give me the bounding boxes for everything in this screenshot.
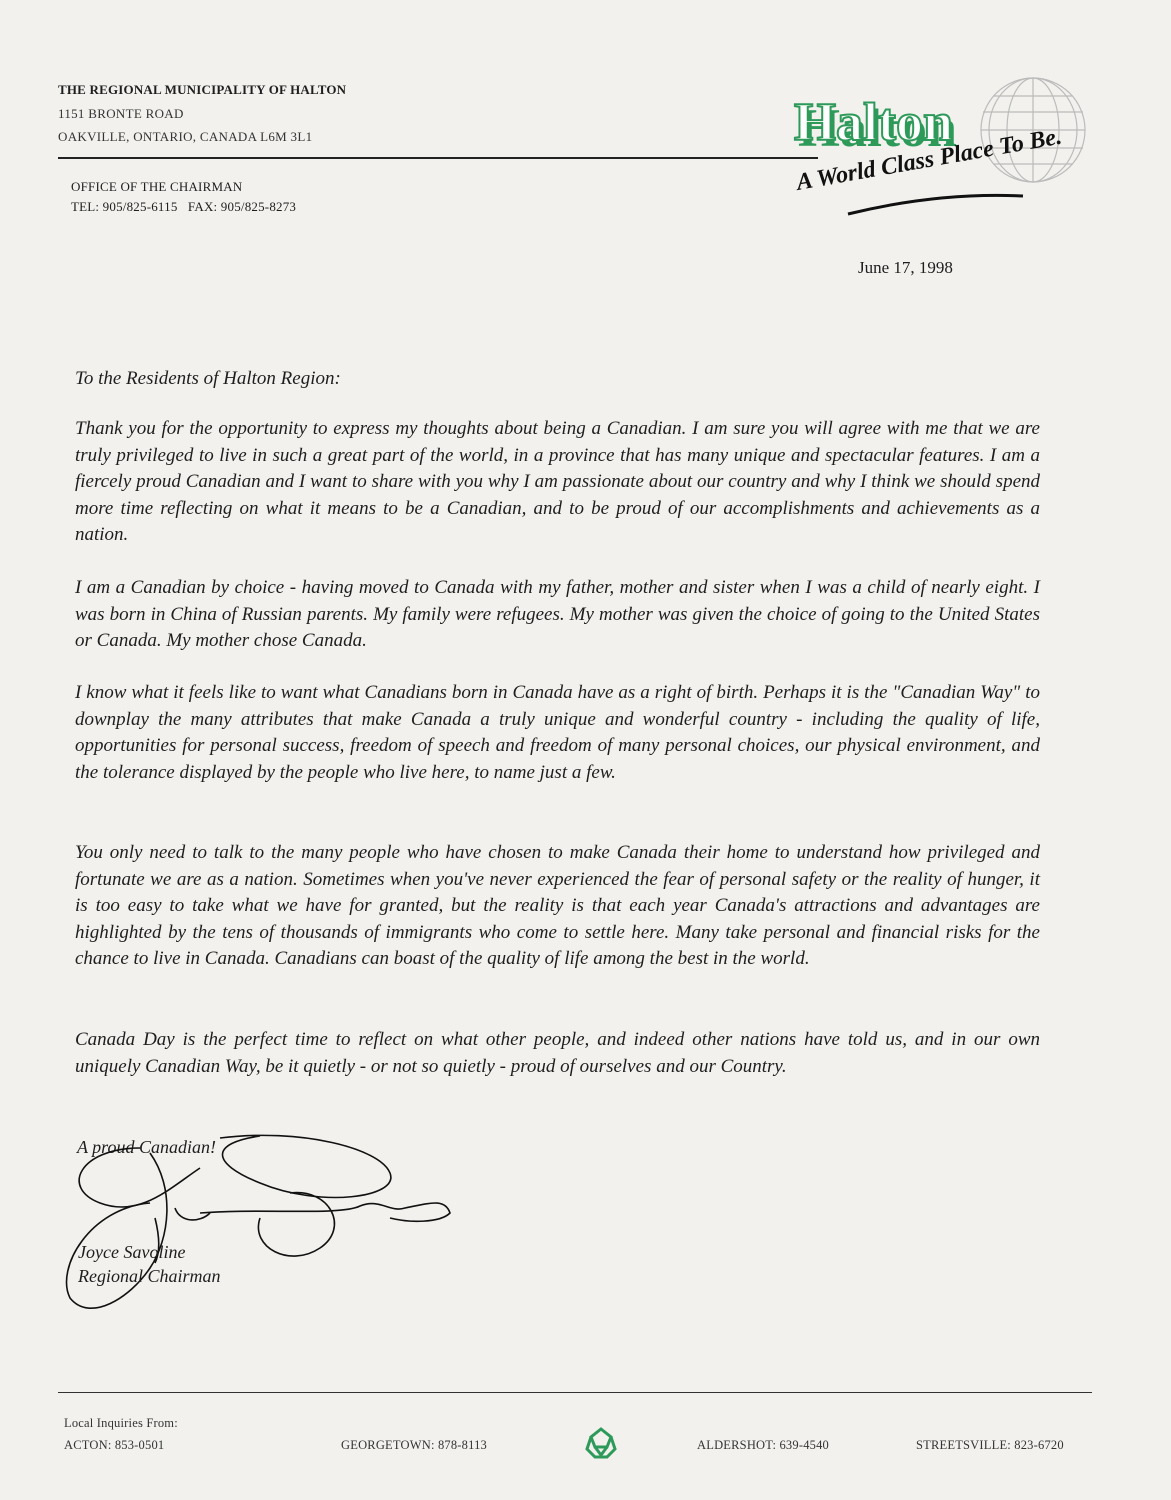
letter-date: June 17, 1998 (858, 258, 953, 278)
footer-office-streetsville: STREETSVILLE: 823-6720 (916, 1438, 1064, 1453)
header-divider (58, 157, 818, 159)
footer-office-acton: ACTON: 853-0501 (64, 1438, 164, 1453)
signature (60, 1128, 480, 1328)
office-title: OFFICE OF THE CHAIRMAN (71, 179, 242, 195)
contact-numbers: TEL: 905/825-6115 FAX: 905/825-8273 (71, 199, 296, 215)
paragraph-4: You only need to talk to the many people… (75, 840, 1040, 973)
paragraph-2: I am a Canadian by choice - having moved… (75, 575, 1040, 655)
recycle-icon (583, 1425, 619, 1461)
paragraph-3: I know what it feels like to want what C… (75, 680, 1040, 786)
halton-logo: Halton Halton A World Class Place To Be. (788, 72, 1108, 222)
address-line-1: 1151 BRONTE ROAD (58, 106, 184, 122)
salutation: To the Residents of Halton Region: (75, 368, 341, 390)
footer-office-aldershot: ALDERSHOT: 639-4540 (697, 1438, 829, 1453)
address-line-2: OAKVILLE, ONTARIO, CANADA L6M 3L1 (58, 129, 312, 145)
signer-name: Joyce Savoline (78, 1242, 185, 1263)
footer-divider (58, 1392, 1092, 1393)
paragraph-5: Canada Day is the perfect time to reflec… (75, 1027, 1040, 1080)
footer-label: Local Inquiries From: (64, 1416, 178, 1431)
signer-title: Regional Chairman (78, 1266, 221, 1287)
svg-text:Halton: Halton (794, 92, 953, 152)
org-name: THE REGIONAL MUNICIPALITY OF HALTON (58, 82, 346, 98)
paragraph-1: Thank you for the opportunity to express… (75, 416, 1040, 549)
footer-office-georgetown: GEORGETOWN: 878-8113 (341, 1438, 487, 1453)
